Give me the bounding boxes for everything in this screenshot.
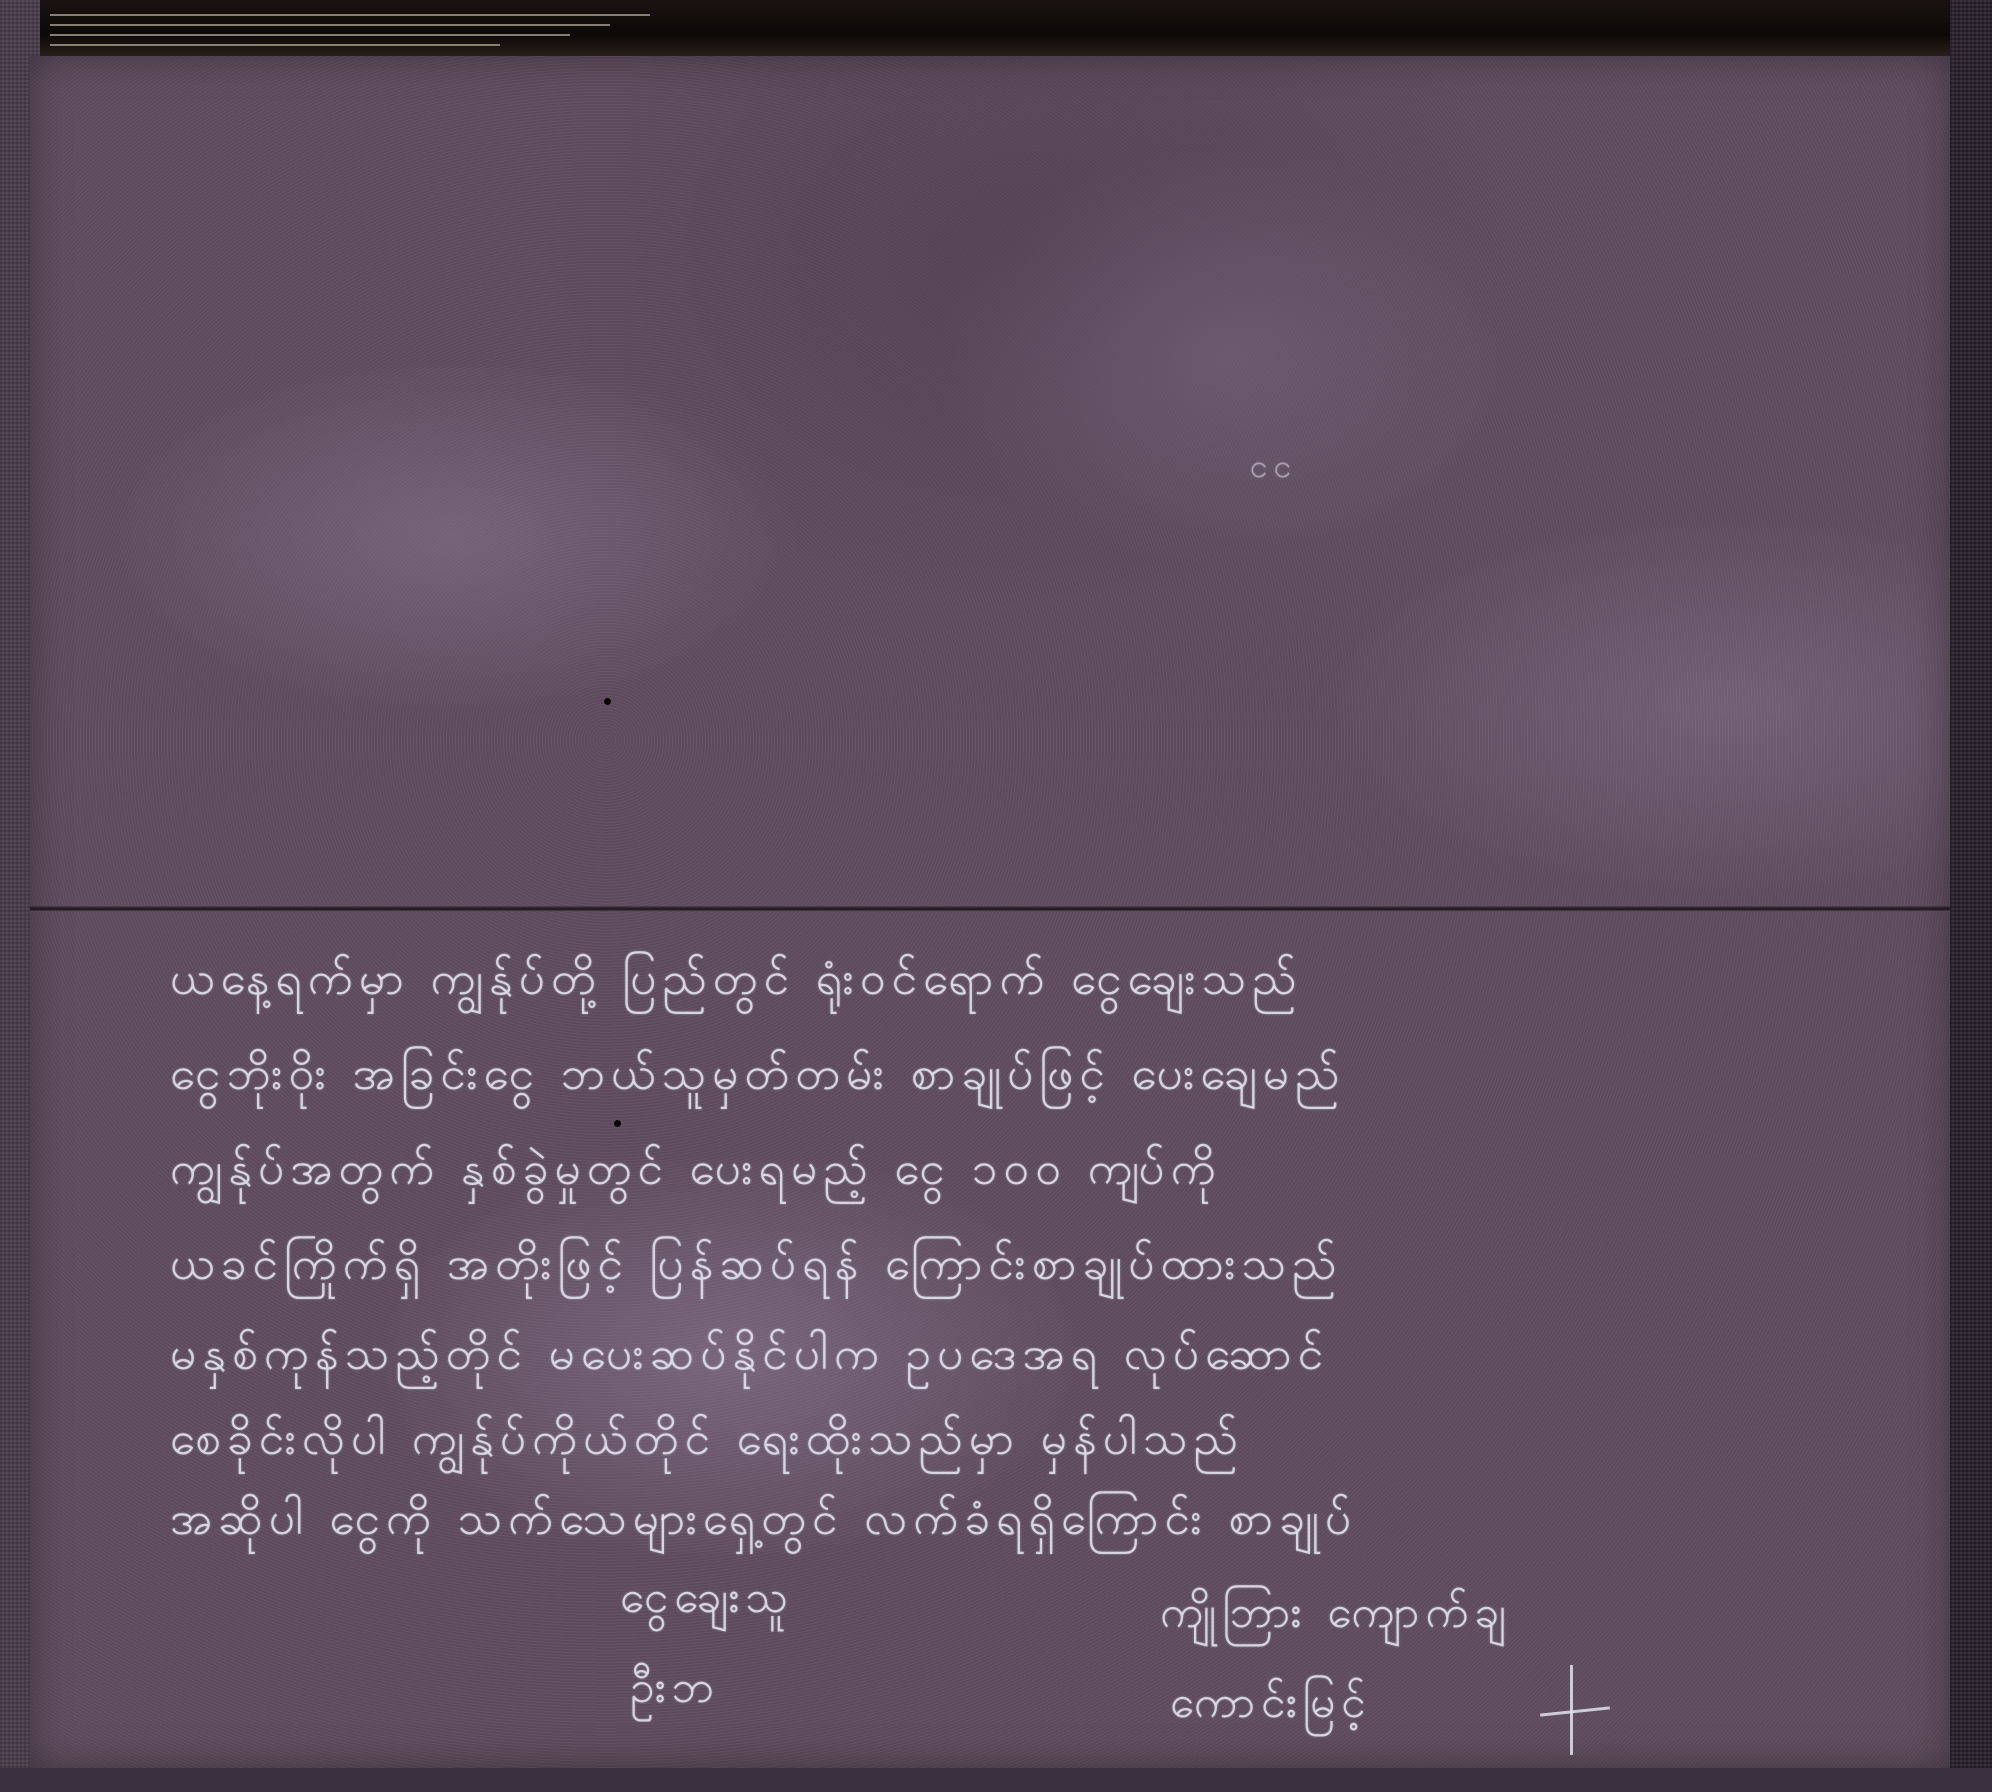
stacked-page-edges <box>40 0 1960 60</box>
page-edge-line <box>50 24 610 26</box>
ink-spot <box>604 698 611 705</box>
page-fold-line <box>30 906 1950 912</box>
manuscript-line: အဆိုပါ ငွေကို သက်သေများရှေ့တွင် လက်ခံရရှ… <box>170 1490 1357 1557</box>
manuscript-line: ငွေဘိုးဝိုး အခြင်းငွေ ဘယ်သူမှတ်တမ်း စာချ… <box>170 1045 1345 1112</box>
witness-line-2: ဦးဘ <box>630 1660 720 1724</box>
upper-panel-mark: ငင <box>1250 445 1298 493</box>
cross-mark-icon <box>1540 1665 1610 1755</box>
ink-spot <box>614 1120 621 1127</box>
background-cloth-bottom <box>0 1768 1992 1792</box>
signature-line-1: ကျိုဘြား ကျောက်ချ <box>1160 1585 1512 1649</box>
witness-line-1: ငွေချေးသူ <box>620 1570 794 1634</box>
signature-line-2: ကောင်းမြင့် <box>1170 1675 1372 1739</box>
manuscript-line: ယခင်ကြိုက်ရှိ အတိုးဖြင့် ပြန်ဆပ်ရန် ကြော… <box>170 1235 1343 1302</box>
manuscript-line: ကျွန်ုပ်အတွက် နှစ်ခွဲမှုတွင် ပေးရမည့် ငွ… <box>170 1140 1222 1207</box>
manuscript-line: ယနေ့ရက်မှာ ကျွန်ုပ်တို့ ပြည်တွင် ရုံးဝင်… <box>170 950 1303 1017</box>
page-edge-line <box>50 34 570 36</box>
background-cloth <box>1950 0 1992 1792</box>
manuscript-line: မနှစ်ကုန်သည့်တိုင် မပေးဆပ်နိုင်ပါက ဥပဒေအ… <box>170 1325 1329 1392</box>
page-edge-line <box>50 14 650 16</box>
page-edge-line <box>50 44 500 46</box>
manuscript-line: စေခိုင်းလိုပါ ကျွန်ုပ်ကိုယ်တိုင် ရေးထိုး… <box>170 1410 1244 1477</box>
